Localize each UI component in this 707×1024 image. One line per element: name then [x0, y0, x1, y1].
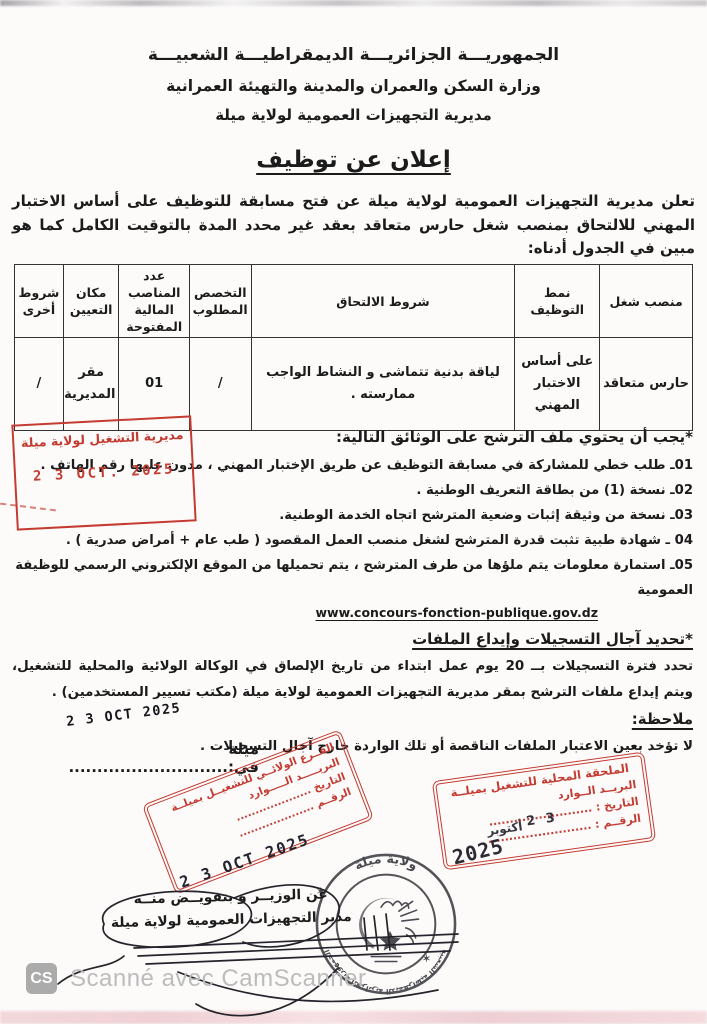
employment-directorate-stamp: مديرية التشغيل لولاية ميلة 2 3 OCT. 2025 [11, 415, 196, 530]
government-header: الجمهوريـــة الجزائريـــة الديمقراطيـــة… [0, 40, 707, 130]
svg-text:ولاية ميلة: ولاية ميلة [352, 852, 420, 874]
local-employment-annex-stamp: الملحقة المحلية للتشغيل بميلــة البريــد… [432, 752, 656, 871]
seal-state-text: ولاية ميلة [352, 852, 420, 874]
announcement-title: إعلان عن توظيف [0, 147, 707, 173]
stamp-title: مديرية التشغيل لولاية ميلة [14, 425, 191, 451]
document-item-5: 05ـ استمارة معلومات يتم ملؤها من طرف الم… [12, 553, 693, 603]
handwritten-signature [38, 872, 488, 1024]
vacancy-table: منصب شغل نمط التوظيف شروط الالتحاق التخص… [14, 264, 693, 431]
cell-required-specialty: / [189, 338, 251, 431]
deadlines-body: تحدد فترة التسجيلات بــ 20 يوم عمل ابتدا… [12, 654, 693, 706]
signature-date-dots: ............................ [68, 758, 228, 776]
col-assignment-place: مكان التعيين [63, 265, 119, 338]
table-row: حارس متعاقد على أساس الاختبار المهني ليا… [15, 338, 693, 431]
stamp-date: 2 3 OCT. 2025 [16, 460, 193, 485]
col-open-positions: عدد المناصب المالية المفتوحة [119, 265, 190, 338]
cell-job-position: حارس متعاقد [600, 338, 693, 431]
cell-recruitment-mode: على أساس الاختبار المهني [515, 338, 600, 431]
col-job-position: منصب شغل [600, 265, 693, 338]
camscanner-badge-icon: CS [26, 963, 57, 994]
republic-name: الجمهوريـــة الجزائريـــة الديمقراطيـــة… [0, 40, 707, 71]
document-item-4: 04 ـ شهادة طبية تثبت قدرة المترشح لشغل م… [12, 528, 693, 553]
cell-joining-conditions: لياقة بدنية تتماشى و النشاط الواجب ممارس… [251, 338, 515, 431]
col-joining-conditions: شروط الالتحاق [251, 265, 515, 338]
col-required-specialty: التخصص المطلوب [189, 265, 251, 338]
deadlines-heading: *تحديد آجال التسجيلات وإيداع الملفات [12, 630, 693, 648]
camscanner-text: Scanné avec CamScanner [70, 965, 367, 993]
directorate-name: مديرية التجهيزات العمومية لولاية ميلة [0, 101, 707, 130]
ministry-name: وزارة السكن والعمران والمدينة والتهيئة ا… [0, 71, 707, 101]
cell-assignment-place: مقر المديرية [63, 338, 119, 431]
col-other-conditions: شروط أخرى [15, 265, 64, 338]
camscanner-watermark: CS Scanné avec CamScanner [26, 963, 367, 994]
signature-date-line: ميلة في:............................ [45, 740, 259, 776]
col-recruitment-mode: نمط التوظيف [515, 265, 600, 338]
public-service-url: www.concours-fonction-publique.gov.dz [12, 605, 598, 620]
table-header-row: منصب شغل نمط التوظيف شروط الالتحاق التخص… [15, 265, 693, 338]
scan-edge-top [0, 0, 707, 6]
announcement-intro: تعلن مديرية التجهيزات العمومية لولاية مي… [12, 190, 695, 261]
scanned-job-announcement-page: الجمهوريـــة الجزائريـــة الديمقراطيـــة… [0, 0, 707, 1024]
cell-other-conditions: / [15, 338, 64, 431]
